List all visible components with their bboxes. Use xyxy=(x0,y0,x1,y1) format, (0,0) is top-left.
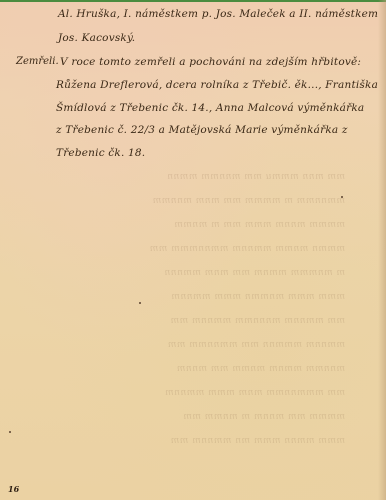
scan-edge-strip xyxy=(0,0,386,2)
text-line-2: Jos. Kacovský. xyxy=(58,32,135,44)
text-line-6: z Třebenic č. 22/3 a Matějovská Marie vý… xyxy=(56,124,348,136)
document-page: mm mnn mmmu mm mnnmm mmnn mmnnmm m mmmm … xyxy=(0,0,386,500)
text-line-3: V roce tomto zemřeli a pochováni na zdej… xyxy=(60,56,361,68)
bleed-through-text: mm mnn mmmu mm mnnmm mmnn mmnnmm m mmmm … xyxy=(55,165,345,453)
ink-speck xyxy=(139,302,141,304)
ink-speck xyxy=(341,196,343,198)
page-edge-shadow xyxy=(378,0,386,500)
text-line-4: Růžena Dreflerová, dcera rolníka z Třebi… xyxy=(56,79,378,91)
page-number: 16 xyxy=(8,484,19,494)
ink-speck xyxy=(9,431,11,433)
text-line-5: Šmídlová z Třebenic čk. 14., Anna Malcov… xyxy=(56,102,364,114)
text-line-7: Třebenic čk. 18. xyxy=(56,147,145,159)
margin-label-deaths: Zemřeli. xyxy=(16,56,59,67)
text-line-1: Al. Hruška, I. náměstkem p. Jos. Maleček… xyxy=(58,8,378,20)
